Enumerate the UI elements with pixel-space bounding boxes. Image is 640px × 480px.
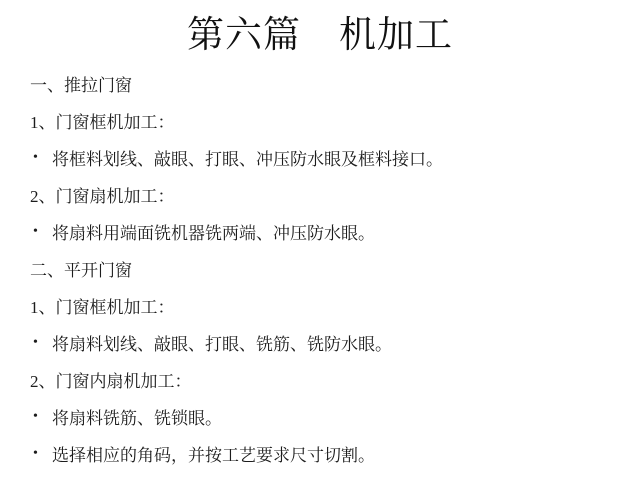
bullet-icon: • — [33, 409, 52, 425]
list-item: • 将框料划线、敲眼、打眼、冲压防水眼及框料接口。 — [0, 139, 640, 176]
bullet-icon: • — [33, 224, 52, 240]
list-item: 1、门窗框机加工： — [0, 102, 640, 139]
list-item: • 选择相应的角码，并按工艺要求尺寸切割。 — [0, 435, 640, 472]
bullet-icon: • — [33, 446, 52, 462]
page-title: 第六篇 机加工 — [0, 12, 640, 60]
slide-body: 一、推拉门窗 1、门窗框机加工： • 将框料划线、敲眼、打眼、冲压防水眼及框料接… — [0, 65, 640, 472]
slide-page: 第六篇 机加工 一、推拉门窗 1、门窗框机加工： • 将框料划线、敲眼、打眼、冲… — [0, 0, 640, 480]
bullet-icon: • — [33, 335, 52, 351]
list-item: 2、门窗扇机加工： — [0, 176, 640, 213]
list-item: 1、门窗框机加工： — [0, 287, 640, 324]
list-item-text: 1、门窗框机加工： — [30, 108, 175, 133]
bullet-icon: • — [33, 150, 52, 166]
list-item: 2、门窗内扇机加工： — [0, 361, 640, 398]
list-item-text: 2、门窗内扇机加工： — [30, 367, 192, 392]
list-item-text: 二、平开门窗 — [30, 256, 132, 281]
list-item: 二、平开门窗 — [0, 250, 640, 287]
list-item-text: 将扇料用端面铣机器铣两端、冲压防水眼。 — [52, 219, 375, 244]
list-item-text: 1、门窗框机加工： — [30, 293, 175, 318]
list-item-text: 选择相应的角码，并按工艺要求尺寸切割。 — [52, 441, 375, 466]
list-item: • 将扇料用端面铣机器铣两端、冲压防水眼。 — [0, 213, 640, 250]
list-item-text: 2、门窗扇机加工： — [30, 182, 175, 207]
list-item-text: 将框料划线、敲眼、打眼、冲压防水眼及框料接口。 — [52, 145, 443, 170]
list-item-text: 一、推拉门窗 — [30, 71, 132, 96]
list-item: • 将扇料铣筋、铣锁眼。 — [0, 398, 640, 435]
list-item: 一、推拉门窗 — [0, 65, 640, 102]
list-item: • 将扇料划线、敲眼、打眼、铣筋、铣防水眼。 — [0, 324, 640, 361]
list-item-text: 将扇料铣筋、铣锁眼。 — [52, 404, 222, 429]
list-item-text: 将扇料划线、敲眼、打眼、铣筋、铣防水眼。 — [52, 330, 392, 355]
